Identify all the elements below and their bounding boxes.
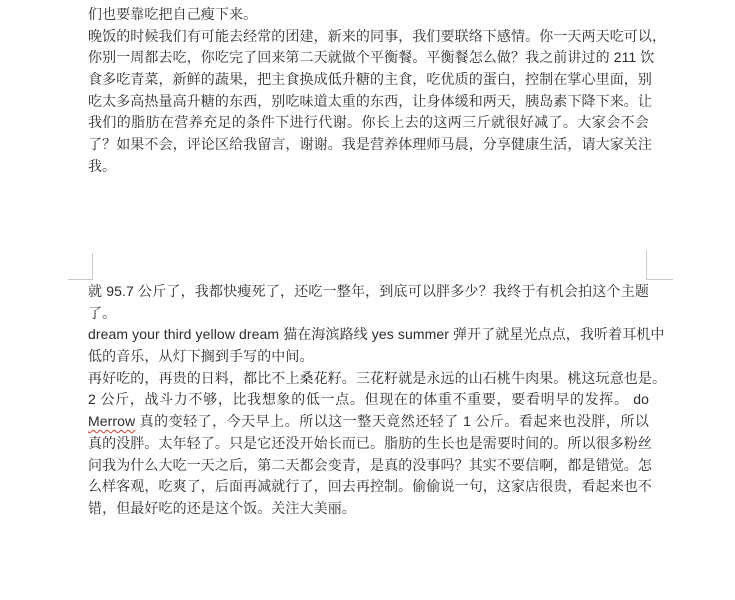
page1-text[interactable]: 们也要靠吃把自己瘦下来。晚饭的时候我们有可能去经常的团建，新来的同事，我们要联络…	[88, 4, 649, 178]
text-line[interactable]: 2 公斤，战斗力不够，比我想象的低一点。但现在的体重不重要，要看明早的发挥。 d…	[88, 389, 649, 411]
text-line[interactable]: 错，但最好吃的还是这个饭。关注大美丽。	[88, 498, 649, 520]
text-line[interactable]: dream your third yellow dream 猫在海滨路线 yes…	[88, 324, 649, 346]
text-line[interactable]: 吃太多高热量高升糖的东西，别吃味道太重的东西，让身体缓和两天，胰岛素下降下来。让	[88, 91, 649, 113]
document-canvas: 们也要靠吃把自己瘦下来。晚饭的时候我们有可能去经常的团建，新来的同事，我们要联络…	[0, 0, 735, 600]
text-line[interactable]: 食多吃青菜，新鲜的蔬果，把主食换成低升糖的主食，吃优质的蛋白，控制在掌心里面，别	[88, 69, 649, 91]
text-line[interactable]: 们也要靠吃把自己瘦下来。	[88, 4, 649, 26]
text-line[interactable]: 低的音乐，从灯下搁到手写的中间。	[88, 346, 649, 368]
text-line[interactable]: 了。	[88, 303, 649, 325]
page-break-corner-mark-left	[68, 253, 93, 280]
page2-text[interactable]: 就 95.7 公斤了，我都快瘦死了，还吃一整年，到底可以胖多少？我终于有机会拍这…	[88, 281, 649, 520]
text-line[interactable]: 你别一周都去吃，你吃完了回来第二天就做个平衡餐。平衡餐怎么做？我之前讲过的 21…	[88, 47, 649, 69]
misspelled-word[interactable]: Merrow	[88, 413, 135, 429]
text-line[interactable]: Merrow 真的变轻了，今天早上。所以这一整天竟然还轻了 1 公斤。看起来也没…	[88, 411, 649, 433]
text-line[interactable]: 我。	[88, 156, 649, 178]
text-line[interactable]: 就 95.7 公斤了，我都快瘦死了，还吃一整年，到底可以胖多少？我终于有机会拍这…	[88, 281, 649, 303]
text-line[interactable]: 我们的脂肪在营养充足的条件下进行代谢。你长上去的这两三斤就很好减了。大家会不会	[88, 112, 649, 134]
text-line[interactable]: 么样客观，吃爽了，后面再减就行了，回去再控制。偷偷说一句，这家店很贵，看起来也不	[88, 476, 649, 498]
text-line[interactable]: 晚饭的时候我们有可能去经常的团建，新来的同事，我们要联络下感情。你一天两天吃可以…	[88, 26, 649, 48]
text-line[interactable]: 问我为什么大吃一天之后，第二天都会变青，是真的没事吗？其实不要信啊，都是错觉。怎	[88, 455, 649, 477]
page-break-corner-mark-right	[646, 250, 673, 280]
text-line[interactable]: 真的没胖。太年轻了。只是它还没开始长而已。脂肪的生长也是需要时间的。所以很多粉丝	[88, 433, 649, 455]
text-line[interactable]: 再好吃的，再贵的日料，都比不上桑花籽。三花籽就是永远的山石桃牛肉果。桃这玩意也是…	[88, 368, 649, 390]
text-line[interactable]: 了？如果不会，评论区给我留言，谢谢。我是营养体理师马晨，分享健康生活，请大家关注	[88, 134, 649, 156]
